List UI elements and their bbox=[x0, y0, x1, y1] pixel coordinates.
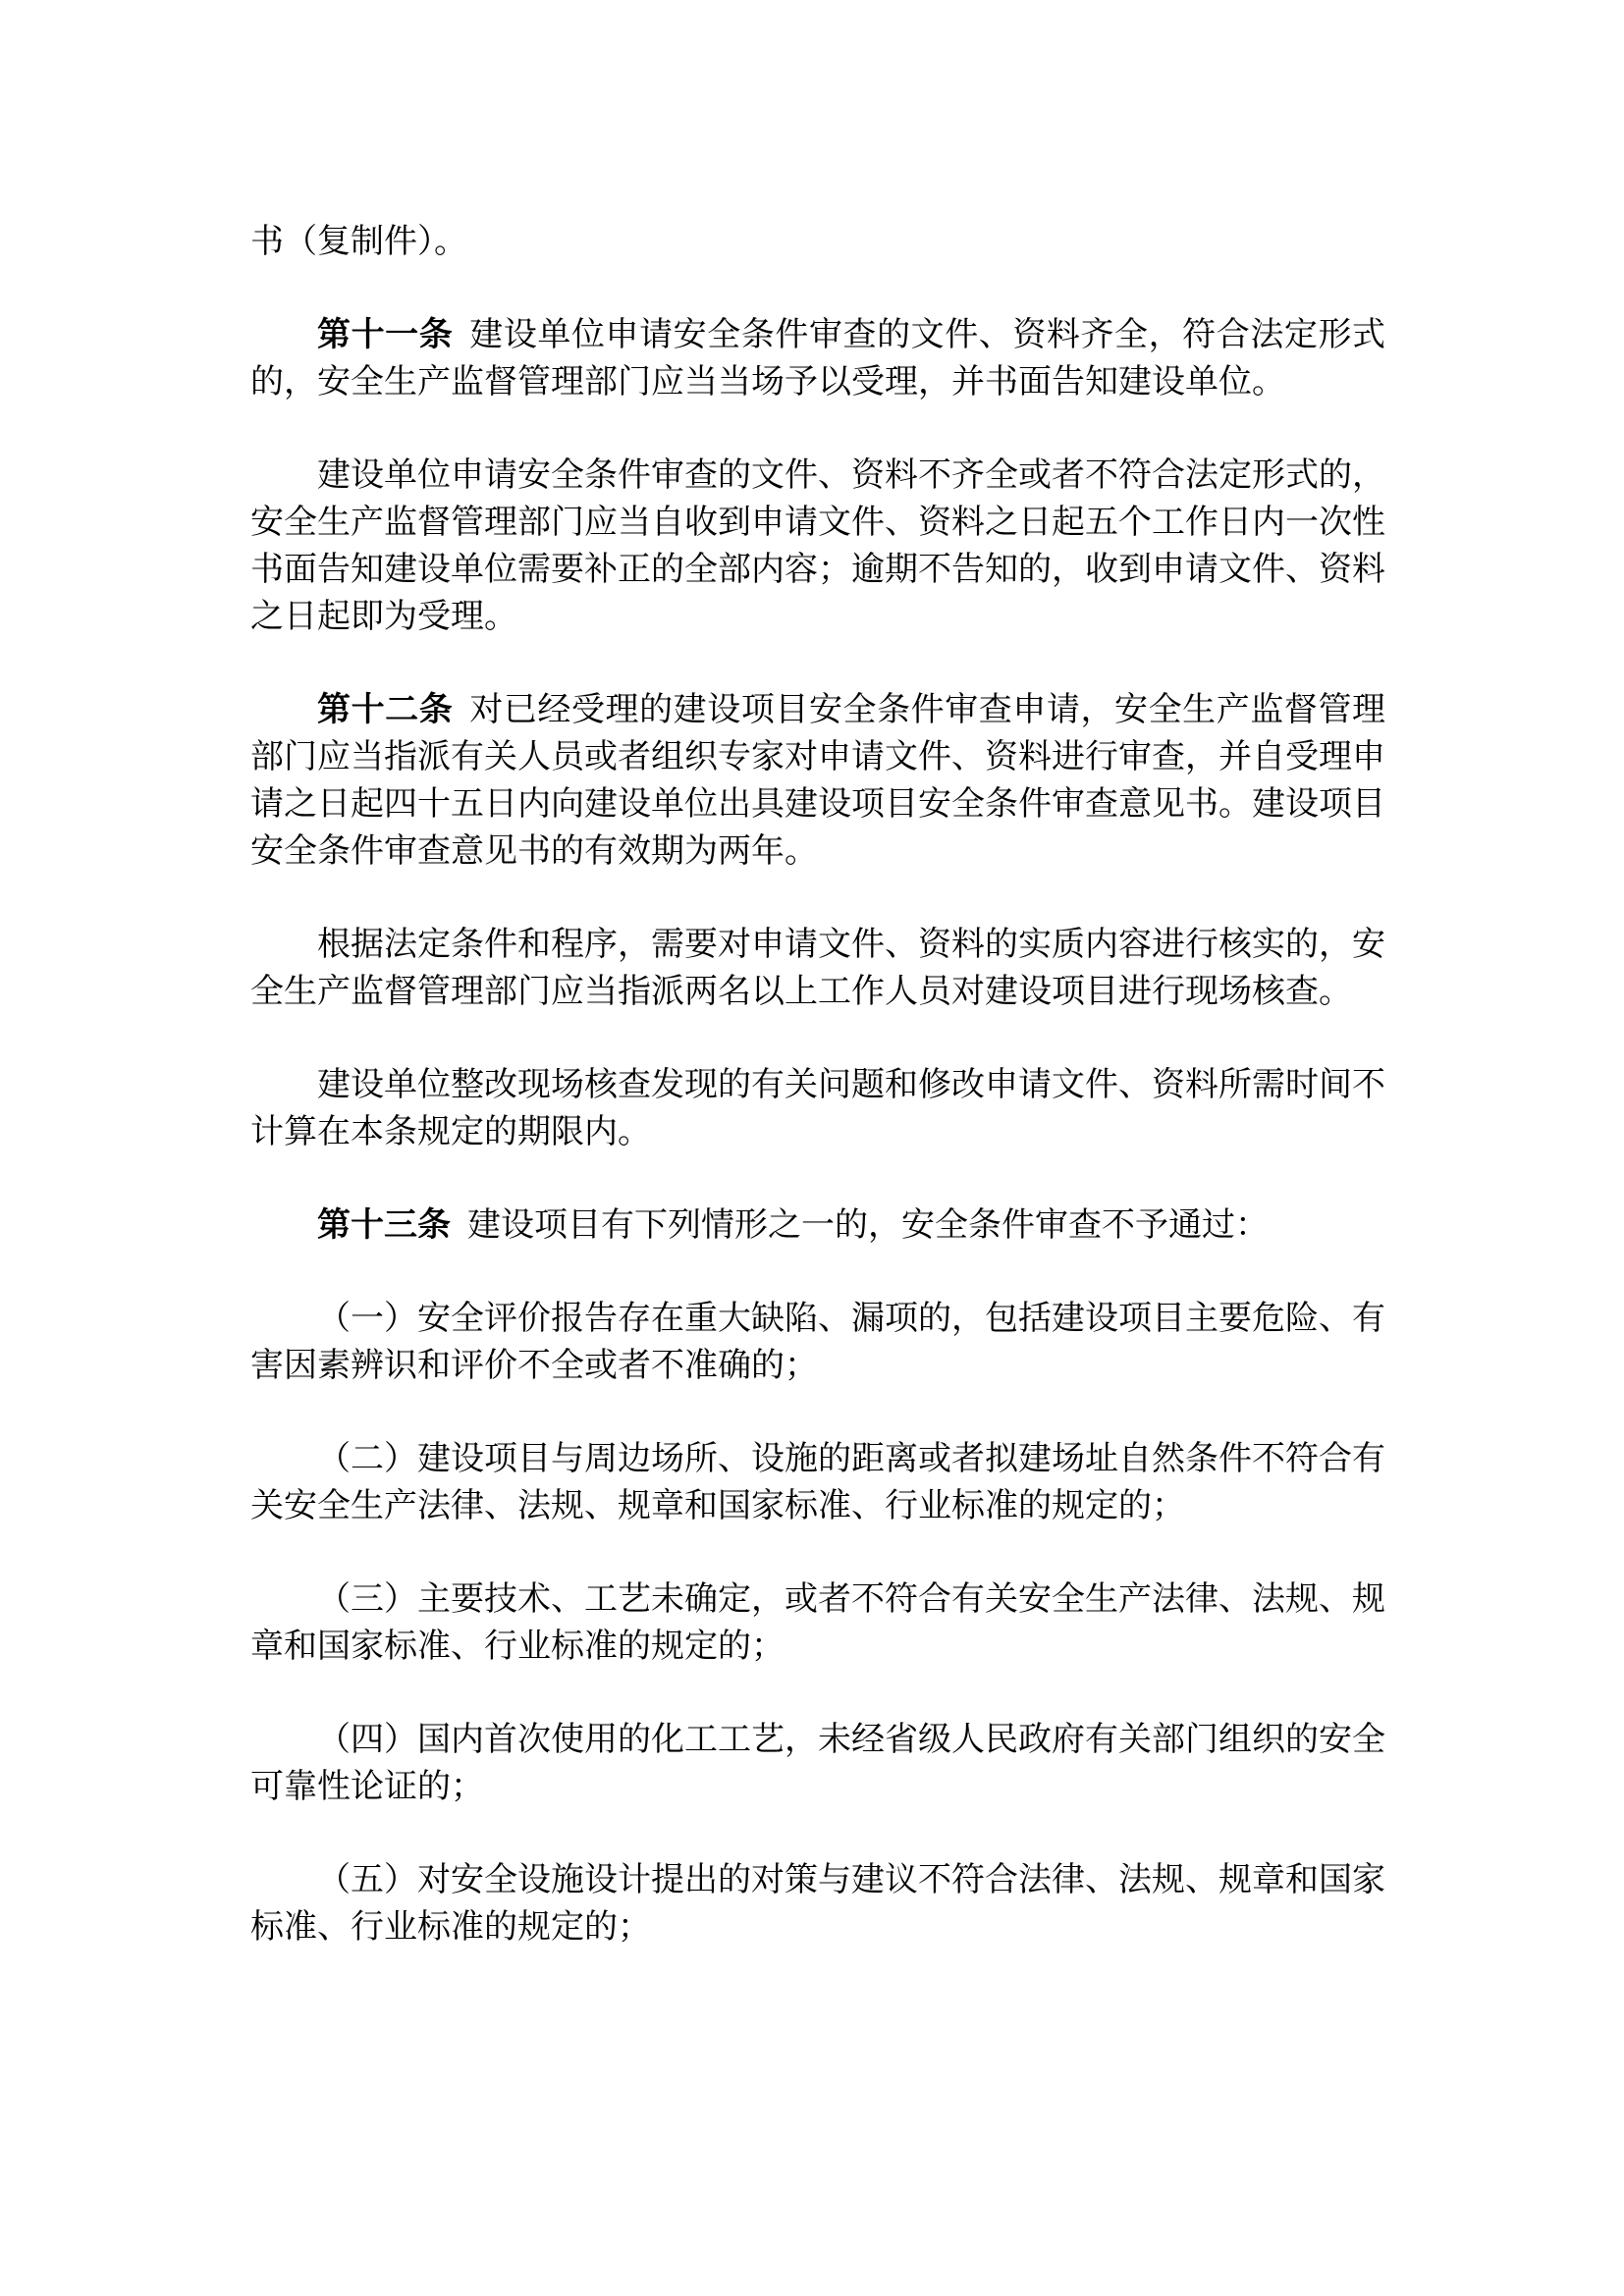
paragraph-article-11: 第十一条建设单位申请安全条件审查的文件、资料齐全，符合法定形式的，安全生产监督管… bbox=[250, 312, 1385, 406]
paragraph-article-11-clause-2: 建设单位申请安全条件审查的文件、资料不齐全或者不符合法定形式的，安全生产监督管理… bbox=[250, 453, 1385, 641]
paragraph-article-13-item-3: （三）主要技术、工艺未确定，或者不符合有关安全生产法律、法规、规章和国家标准、行… bbox=[250, 1576, 1385, 1671]
paragraph-text: 建设项目有下列情形之一的，安全条件审查不予通过： bbox=[467, 1207, 1269, 1244]
paragraph-text: 建设单位申请安全条件审查的文件、资料不齐全或者不符合法定形式的，安全生产监督管理… bbox=[250, 457, 1385, 635]
paragraph-article-13-item-4: （四）国内首次使用的化工工艺，未经省级人民政府有关部门组织的安全可靠性论证的； bbox=[250, 1717, 1385, 1811]
paragraph-article-13-item-2: （二）建设项目与周边场所、设施的距离或者拟建场址自然条件不符合有关安全生产法律、… bbox=[250, 1436, 1385, 1530]
paragraph-text: （五）对安全设施设计提出的对策与建议不符合法律、法规、规章和国家标准、行业标准的… bbox=[250, 1862, 1385, 1946]
paragraph-text: 建设单位整改现场核查发现的有关问题和修改申请文件、资料所需时间不计算在本条规定的… bbox=[250, 1067, 1385, 1150]
paragraph-article-13-item-1: （一）安全评价报告存在重大缺陷、漏项的，包括建设项目主要危险、有害因素辨识和评价… bbox=[250, 1296, 1385, 1390]
article-11-label: 第十一条 bbox=[317, 317, 453, 353]
paragraph-text: （三）主要技术、工艺未确定，或者不符合有关安全生产法律、法规、规章和国家标准、行… bbox=[250, 1581, 1385, 1665]
paragraph-article-12-clause-3: 建设单位整改现场核查发现的有关问题和修改申请文件、资料所需时间不计算在本条规定的… bbox=[250, 1062, 1385, 1156]
paragraph-text: （一）安全评价报告存在重大缺陷、漏项的，包括建设项目主要危险、有害因素辨识和评价… bbox=[250, 1301, 1385, 1384]
paragraph-text: 书（复制件）。 bbox=[250, 224, 467, 260]
article-12-label: 第十二条 bbox=[317, 692, 453, 728]
paragraph-text: （四）国内首次使用的化工工艺，未经省级人民政府有关部门组织的安全可靠性论证的； bbox=[250, 1722, 1385, 1805]
paragraph-article-12: 第十二条对已经受理的建设项目安全条件审查申请，安全生产监督管理部门应当指派有关人… bbox=[250, 687, 1385, 876]
document-page: 书（复制件）。 第十一条建设单位申请安全条件审查的文件、资料齐全，符合法定形式的… bbox=[0, 0, 1624, 2296]
article-13-label: 第十三条 bbox=[317, 1207, 451, 1244]
document-body: 书（复制件）。 第十一条建设单位申请安全条件审查的文件、资料齐全，符合法定形式的… bbox=[250, 219, 1385, 1951]
paragraph-article-13-item-5: （五）对安全设施设计提出的对策与建议不符合法律、法规、规章和国家标准、行业标准的… bbox=[250, 1857, 1385, 1951]
paragraph-article-12-clause-2: 根据法定条件和程序，需要对申请文件、资料的实质内容进行核实的，安全生产监督管理部… bbox=[250, 922, 1385, 1016]
paragraph-text: （二）建设项目与周边场所、设施的距离或者拟建场址自然条件不符合有关安全生产法律、… bbox=[250, 1441, 1385, 1524]
paragraph-article-13: 第十三条建设项目有下列情形之一的，安全条件审查不予通过： bbox=[250, 1202, 1385, 1250]
paragraph-text: 根据法定条件和程序，需要对申请文件、资料的实质内容进行核实的，安全生产监督管理部… bbox=[250, 927, 1385, 1010]
paragraph-sentence-continuation: 书（复制件）。 bbox=[250, 219, 1385, 266]
